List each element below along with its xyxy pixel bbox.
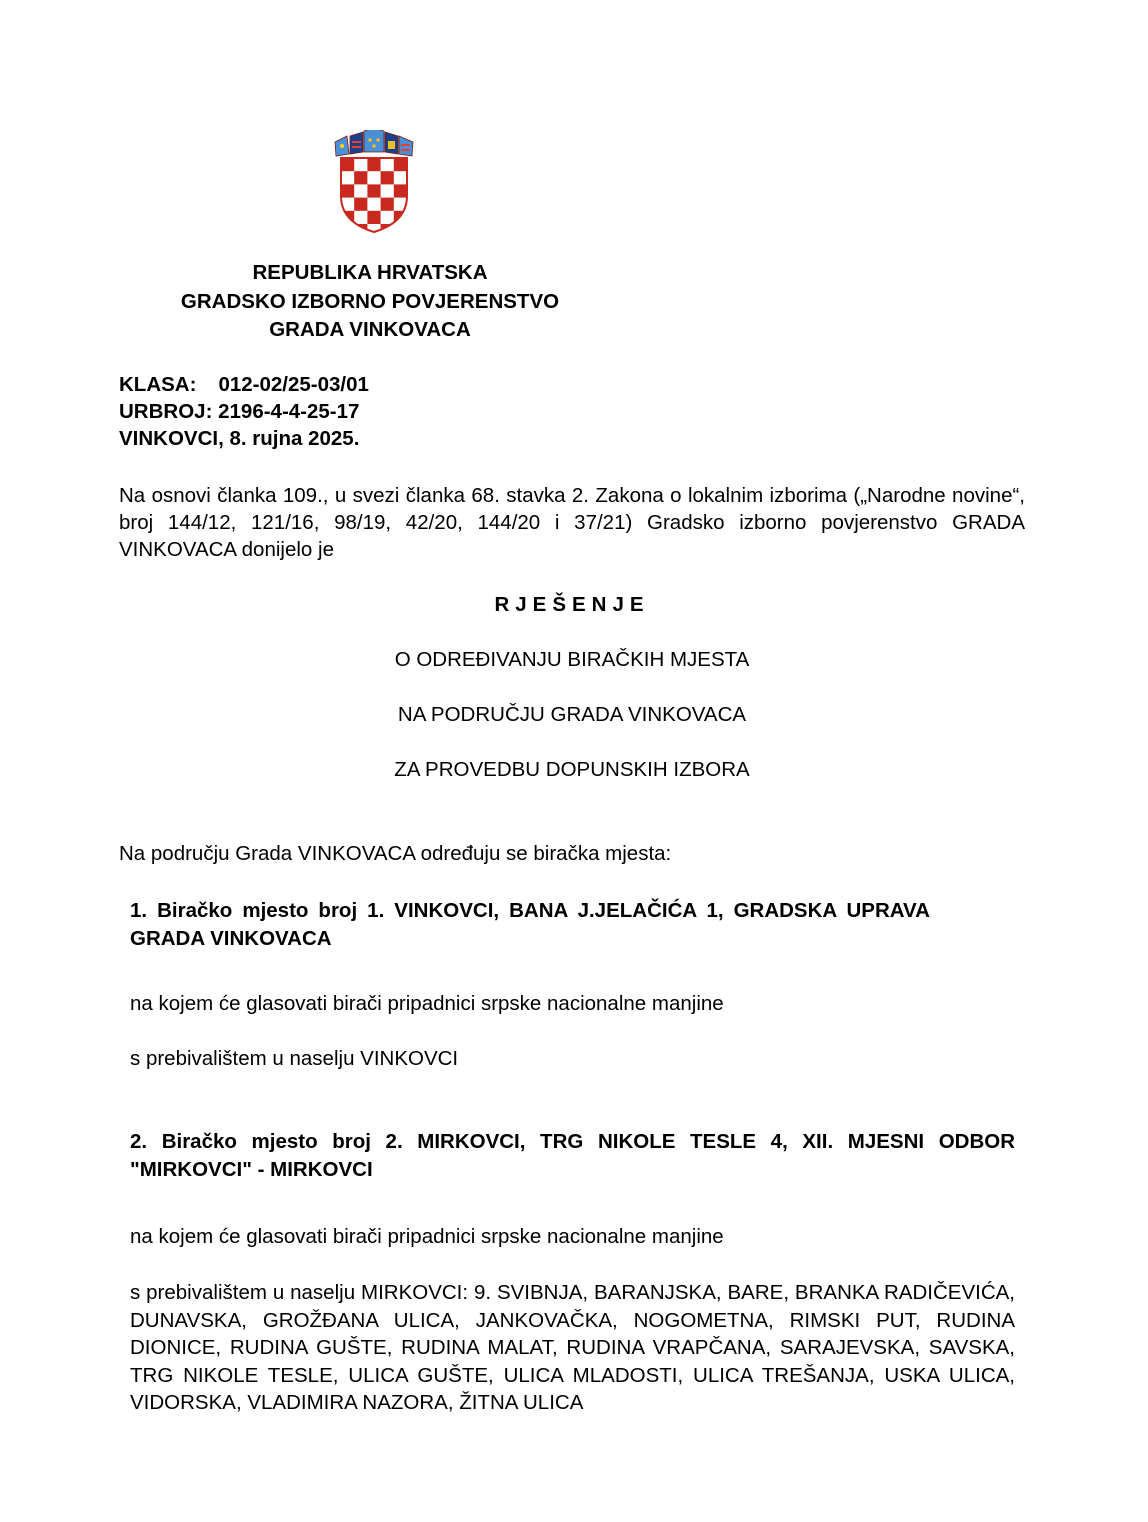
issuer-header: REPUBLIKA HRVATSKA GRADSKO IZBORNO POVJE… <box>120 259 620 345</box>
place-date: VINKOVCI, 8. rujna 2025. <box>119 425 369 452</box>
intro-text: Na području Grada VINKOVACA određuju se … <box>119 842 671 866</box>
polling-station-1-voters: na kojem će glasovati birači pripadnici … <box>130 990 1015 1018</box>
urbroj-value: 2196-4-4-25-17 <box>218 400 359 423</box>
urbroj-row: URBROJ: 2196-4-4-25-17 <box>119 398 369 425</box>
urbroj-label: URBROJ: <box>119 400 212 423</box>
klasa-value: 012-02/25-03/01 <box>218 373 368 396</box>
polling-station-2-residence: s prebivalištem u naselju MIRKOVCI: 9. S… <box>130 1279 1015 1417</box>
polling-station-1-title: 1. Biračko mjesto broj 1. VINKOVCI, BANA… <box>130 897 930 953</box>
preamble-paragraph: Na osnovi članka 109., u svezi članka 68… <box>119 482 1025 563</box>
header-city: GRADA VINKOVACA <box>120 316 620 345</box>
header-authority: GRADSKO IZBORNO POVJERENSTVO <box>120 288 620 317</box>
decision-subtitle-3: ZA PROVEDBU DOPUNSKIH IZBORA <box>119 758 1025 782</box>
klasa-label: KLASA: <box>119 373 196 396</box>
polling-station-2-title: 2. Biračko mjesto broj 2. MIRKOVCI, TRG … <box>130 1128 1015 1184</box>
header-country: REPUBLIKA HRVATSKA <box>120 259 620 288</box>
polling-station-1-residence: s prebivalištem u naselju VINKOVCI <box>130 1045 1015 1073</box>
document-reference-block: KLASA:012-02/25-03/01 URBROJ: 2196-4-4-2… <box>119 371 369 452</box>
decision-subtitle-2: NA PODRUČJU GRADA VINKOVACA <box>119 703 1025 727</box>
polling-station-2-voters: na kojem će glasovati birači pripadnici … <box>130 1223 1015 1251</box>
decision-title: RJEŠENJE <box>119 593 1025 617</box>
croatian-coat-of-arms-icon <box>333 130 415 234</box>
decision-subtitle-1: O ODREĐIVANJU BIRAČKIH MJESTA <box>119 648 1025 672</box>
klasa-row: KLASA:012-02/25-03/01 <box>119 371 369 398</box>
